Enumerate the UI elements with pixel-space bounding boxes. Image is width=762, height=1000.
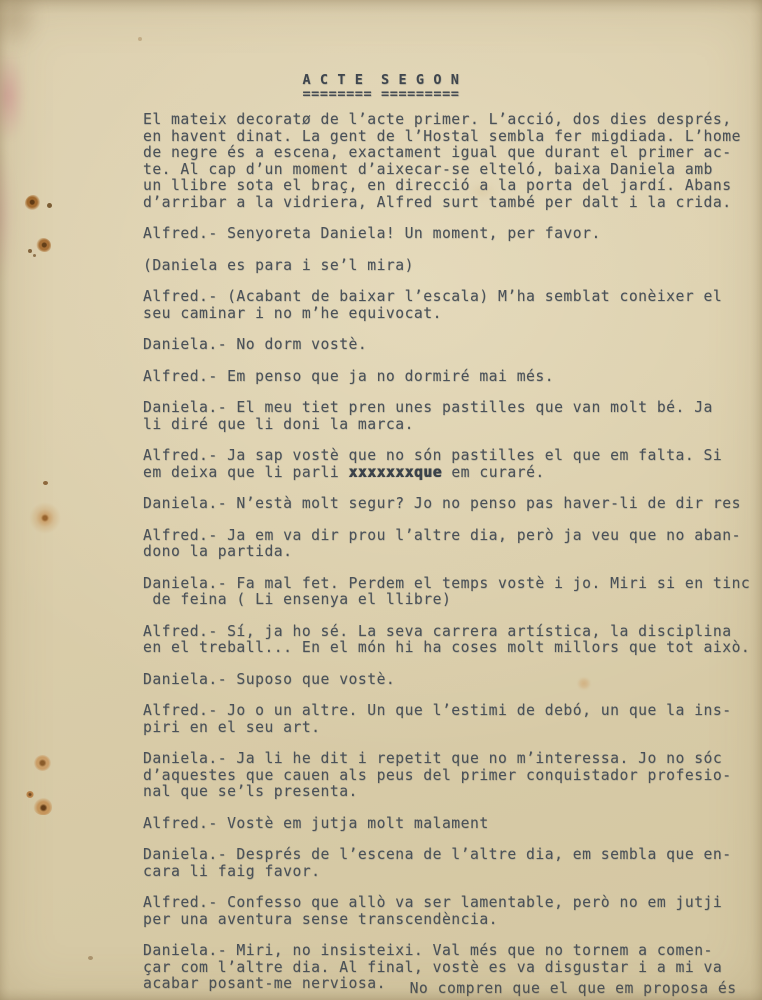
dialogue-daniela: Daniela.- El meu tiet pren unes pastille… <box>143 400 762 433</box>
corner-shadow-stain <box>0 0 42 52</box>
ink-speck <box>88 956 93 960</box>
fox-spot <box>34 755 51 771</box>
ink-speck <box>43 481 48 485</box>
dialogue-alfred: Alfred.- Ja sap vostè que no són pastill… <box>143 448 762 481</box>
dialogue-daniela: Daniela.- Suposo que vostè. <box>143 672 762 689</box>
fox-spot <box>29 502 61 534</box>
ink-speck <box>138 37 142 41</box>
fox-spot <box>33 797 52 815</box>
fox-spot <box>25 195 41 211</box>
ink-speck <box>47 203 52 208</box>
ink-speck <box>33 254 36 257</box>
dialogue-daniela: Daniela.- Després de l’escena de l’altre… <box>143 847 762 880</box>
dialogue-alfred: Alfred.- Ja em va dir prou l’altre dia, … <box>143 528 762 561</box>
dropped-baseline-text: No compren que el que em proposa és <box>410 980 737 997</box>
stage-direction: (Daniela es para i se’l mira) <box>143 258 762 275</box>
dialogue-text: em curaré. <box>442 464 545 481</box>
title-underline: ======== ========= <box>0 89 762 99</box>
strikeout-text: xxxxxxxque <box>349 464 442 481</box>
dialogue-alfred: Alfred.- Senyoreta Daniela! Un moment, p… <box>143 226 762 243</box>
fox-spot <box>36 238 51 252</box>
dialogue-alfred: Alfred.- Jo o un altre. Un que l’estimi … <box>143 703 762 736</box>
title-block: A C T E S E G O N ======== ========= <box>0 74 762 99</box>
dialogue-alfred: Alfred.- (Acabant de baixar l’escala) M’… <box>143 289 762 322</box>
dialogue-daniela: Daniela.- Ja li he dit i repetit que no … <box>143 751 762 801</box>
dialogue-daniela: Daniela.- N’està molt segur? Jo no penso… <box>143 496 762 513</box>
dialogue-alfred: Alfred.- Confesso que allò va ser lament… <box>143 895 762 928</box>
dialogue-alfred: Alfred.- Em penso que ja no dormiré mai … <box>143 369 762 386</box>
dialogue-daniela: Daniela.- No dorm vostè. <box>143 337 762 354</box>
script-text-block: El mateix decoratø de l’acte primer. L’a… <box>143 112 762 1000</box>
dialogue-daniela: Daniela.- Fa mal fet. Perdem el temps vo… <box>143 576 762 609</box>
dialogue-alfred: Alfred.- Sí, ja ho sé. La seva carrera a… <box>143 624 762 657</box>
pink-smudge-stain <box>0 150 14 280</box>
stage-direction: El mateix decoratø de l’acte primer. L’a… <box>143 112 762 211</box>
dialogue-daniela: Daniela.- Miri, no insisteixi. Val més q… <box>143 943 762 993</box>
dialogue-alfred: Alfred.- Vostè em jutja molt malament <box>143 816 762 833</box>
ink-speck <box>28 249 32 253</box>
ink-speck <box>26 791 34 798</box>
scanned-typescript-page: A C T E S E G O N ======== ========= El … <box>0 0 762 1000</box>
